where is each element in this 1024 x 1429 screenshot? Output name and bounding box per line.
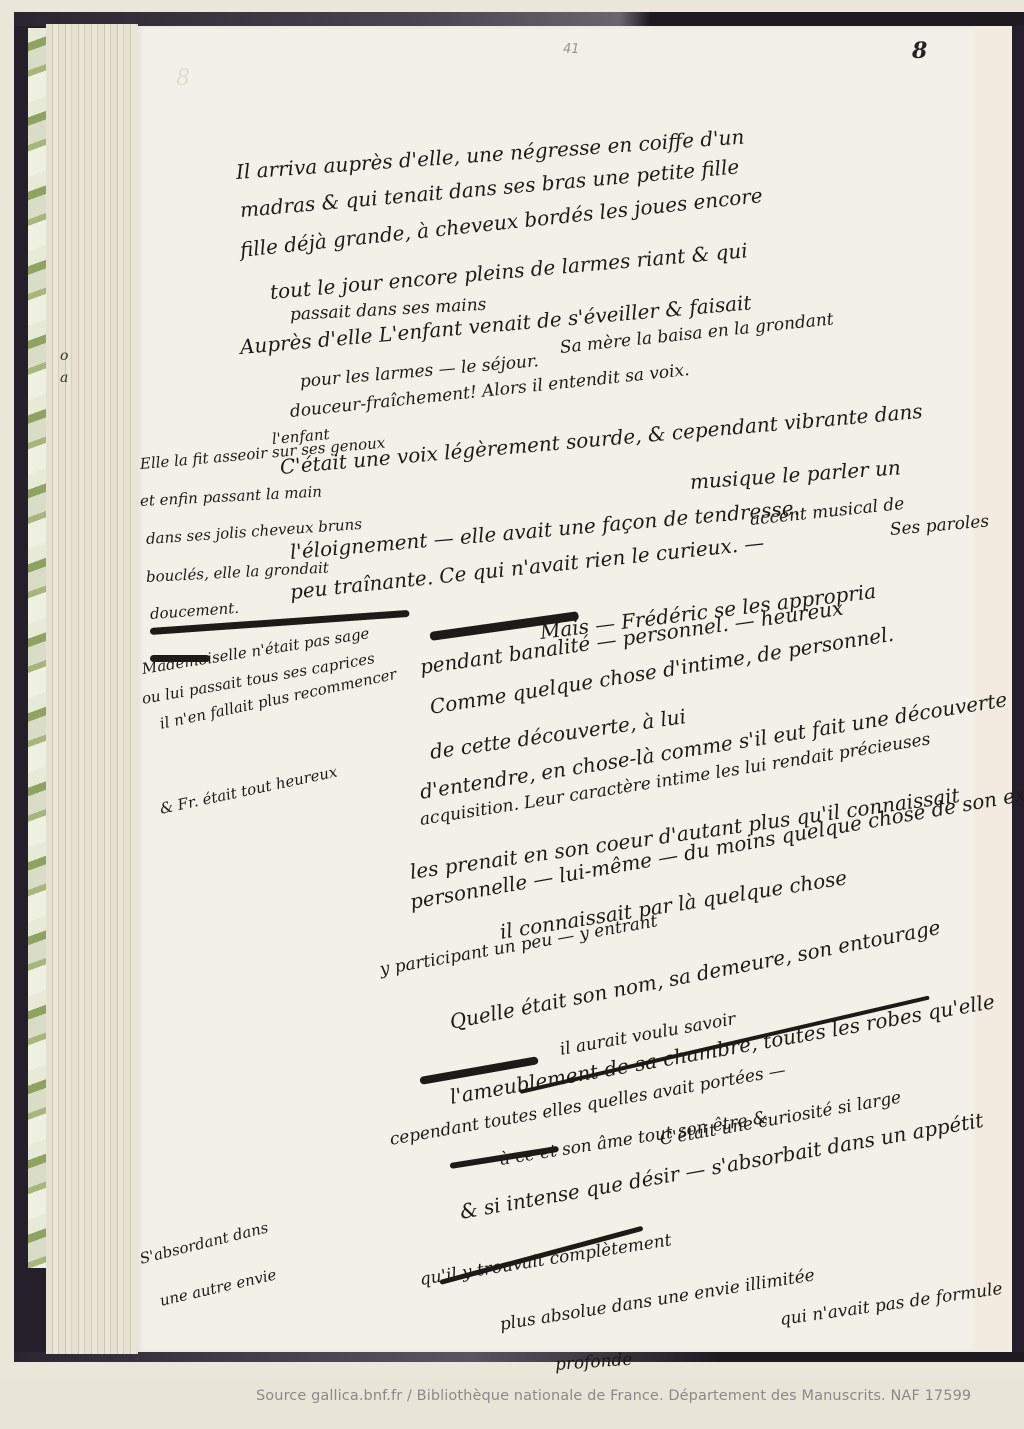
ink-page-number: 8: [912, 38, 927, 64]
edge-mark: o: [60, 345, 68, 367]
ink-strikeout: [150, 655, 210, 662]
binding-top-edge: [14, 12, 1024, 26]
binding-bottom-edge: [14, 1352, 1024, 1362]
edge-mark: a: [60, 367, 68, 389]
page-stack-edges: [46, 24, 138, 1354]
bleed-through-text: 8: [176, 66, 190, 91]
manuscript-scan: o a 8 41 8 Il arriva auprès d'elle, une …: [0, 0, 1024, 1378]
source-credit: Source gallica.bnf.fr / Bibliothèque nat…: [256, 1388, 971, 1404]
manuscript-line: profonde: [554, 1350, 633, 1375]
marbled-endpaper: [28, 28, 46, 1268]
edge-marks: o a: [60, 345, 68, 389]
pencil-folio-number: 41: [563, 42, 580, 57]
